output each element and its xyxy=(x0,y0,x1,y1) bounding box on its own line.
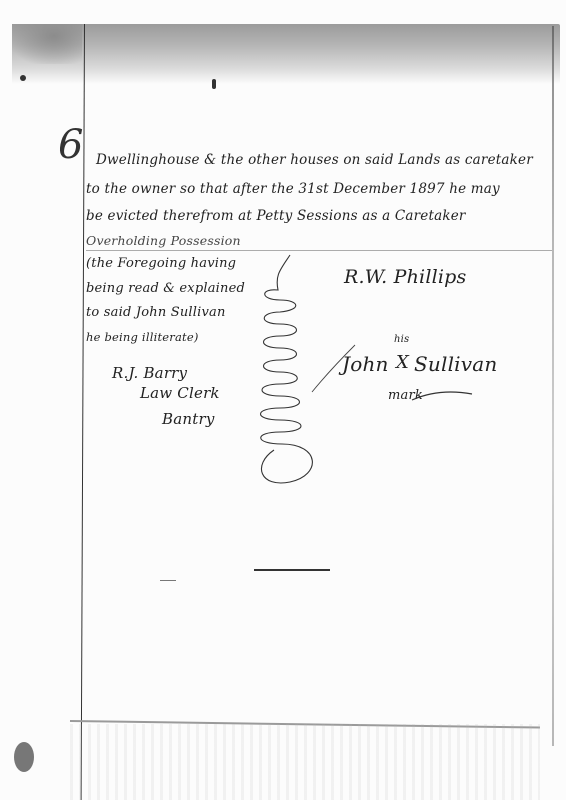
ink-blot xyxy=(212,79,216,89)
scan-shadow-top xyxy=(12,24,560,84)
attestation-line-4: he being illiterate) xyxy=(86,330,199,344)
signature-underline-flourish xyxy=(410,388,480,408)
item-number: 6 xyxy=(58,122,83,168)
signature-phillips: R.W. Phillips xyxy=(344,266,466,288)
ink-dash xyxy=(254,569,330,571)
signature-mark-x: X xyxy=(396,352,409,373)
ink-blot xyxy=(20,75,26,81)
scan-noise xyxy=(70,724,540,800)
body-line-2: to the owner so that after the 31st Dece… xyxy=(86,181,500,197)
scan-shadow-corner xyxy=(12,24,82,64)
seal-flourish-loops xyxy=(250,250,360,500)
ink-dash xyxy=(160,580,176,581)
attestation-line-2: being read & explained xyxy=(86,281,245,296)
scanned-document-page: 6 Dwellinghouse & the other houses on sa… xyxy=(0,0,566,800)
signature-his: his xyxy=(394,334,409,345)
body-line-1: Dwellinghouse & the other houses on said… xyxy=(96,152,533,168)
attestation-line-3: to said John Sullivan xyxy=(86,305,226,320)
fingerprint-smudge xyxy=(14,742,34,772)
witness-title: Law Clerk xyxy=(140,384,220,402)
attestation-line-1: (the Foregoing having xyxy=(86,256,236,271)
page-edge-right xyxy=(552,26,554,746)
body-line-3: be evicted therefrom at Petty Sessions a… xyxy=(86,208,466,224)
signature-sullivan: Sullivan xyxy=(414,352,497,376)
witness-name: R.J. Barry xyxy=(112,364,187,382)
witness-place: Bantry xyxy=(162,410,215,428)
body-line-4: Overholding Possession xyxy=(86,233,241,248)
